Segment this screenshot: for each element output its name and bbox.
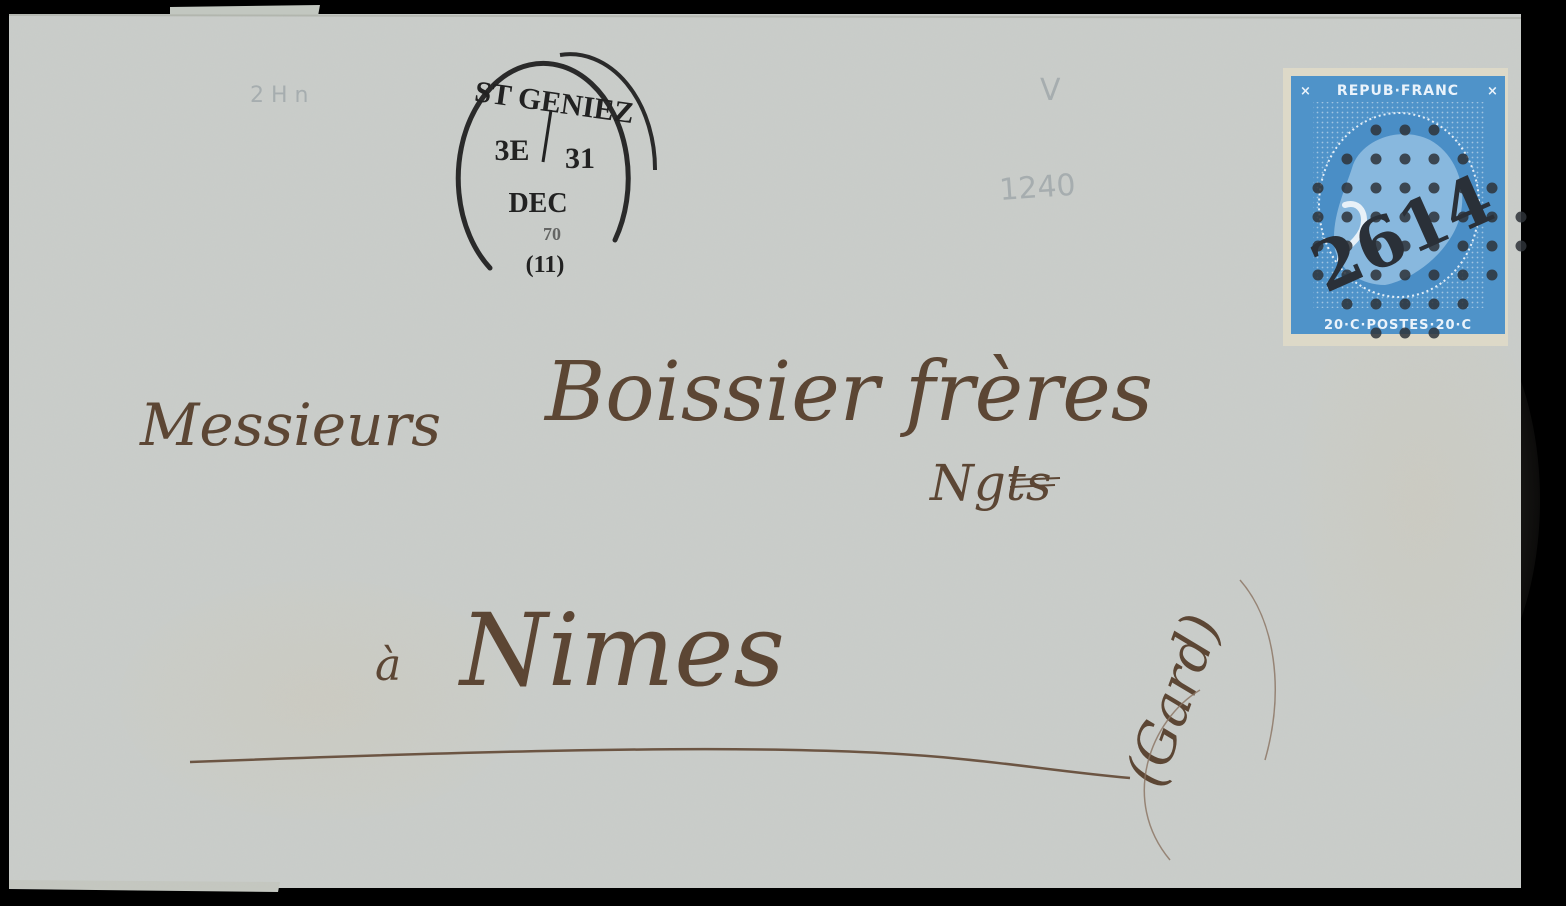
pencil-note-center: 1240: [998, 168, 1077, 208]
postmark-month: DEC: [508, 188, 567, 219]
pencil-note-top-right: V: [1040, 73, 1061, 108]
postmark-department: (11): [526, 252, 565, 278]
stamp-corner-x: ×: [1300, 84, 1312, 99]
pencil-note-top-left: 2 H n: [250, 83, 308, 108]
address-line2: Ngts: [929, 454, 1052, 512]
postmark-year: 70: [543, 224, 561, 244]
address-salutation: Messieurs: [139, 391, 441, 459]
cover-photo: 2 H n 1240 V ST GENIEZ 3E 31 DEC 70 (11)…: [0, 0, 1566, 906]
address-prefix: à: [375, 640, 401, 691]
stamp: REPUB·FRANC 20·C·POSTES·20·C × × 2614: [1283, 68, 1527, 346]
stamp-corner-x: ×: [1487, 84, 1499, 99]
stamp-bottom-label: 20·C·POSTES·20·C: [1324, 318, 1472, 333]
address-name: Boissier frères: [543, 345, 1153, 440]
address-city: Nimes: [458, 592, 785, 709]
stamp-top-label: REPUB·FRANC: [1337, 83, 1459, 99]
postmark-time: 3E: [494, 134, 529, 167]
postmark-day: 31: [565, 142, 595, 175]
